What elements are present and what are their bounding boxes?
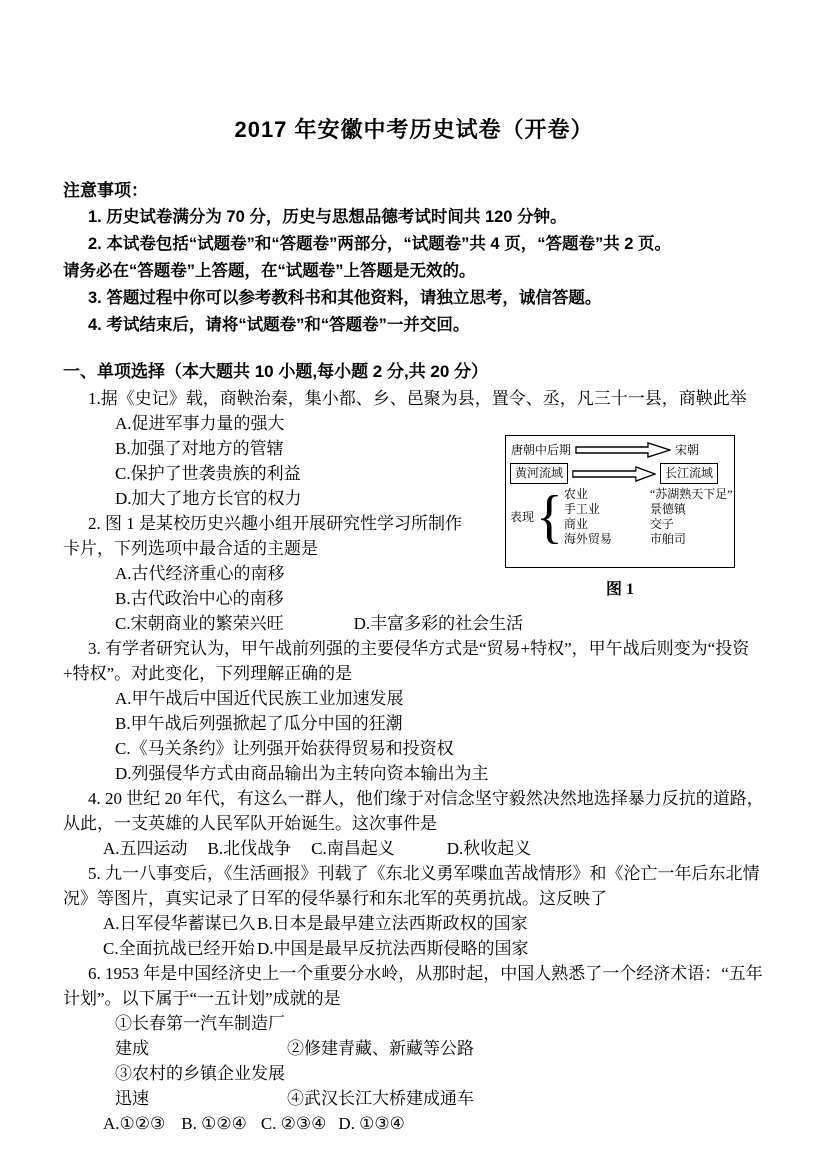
timeline-to-label: 宋朝 bbox=[675, 443, 699, 458]
region-to-box: 长江流域 bbox=[660, 463, 718, 484]
figure-aspects-row: 表现 { 农业 手工业 商业 海外贸易 “苏湖熟天下足” 景德镇 交子 市舶司 bbox=[506, 484, 734, 547]
aspect-names: 农业 手工业 商业 海外贸易 bbox=[564, 487, 642, 547]
question-3-option-c: C.《马关条约》让列强开始获得贸易和投资权 bbox=[63, 736, 765, 761]
question-6-option-c: C. ②③④ bbox=[261, 1114, 327, 1133]
page-title: 2017 年安徽中考历史试卷（开卷） bbox=[63, 115, 765, 145]
question-2-option-d: D.丰富多彩的社会生活 bbox=[354, 614, 524, 633]
question-6-item-2: ②修建青藏、新藏等公路 bbox=[287, 1039, 474, 1058]
region-from-box: 黄河流域 bbox=[510, 463, 568, 484]
aspects-label: 表现 bbox=[510, 510, 534, 525]
question-2-option-c: C.宋朝商业的繁荣兴旺 bbox=[115, 614, 284, 633]
timeline-arrow-icon bbox=[575, 442, 671, 458]
timeline-from-label: 唐朝中后期 bbox=[511, 443, 571, 458]
question-4-stem: 4. 20 世纪 20 年代，有这么一群人，他们缘于对信念坚守毅然决然地选择暴力… bbox=[63, 786, 765, 836]
aspect-values: “苏湖熟天下足” 景德镇 交子 市舶司 bbox=[650, 487, 733, 547]
figure-1: 唐朝中后期 宋朝 黄河流域 长江流域 表现 { 农业 手工业 商业 海外贸易 “… bbox=[505, 435, 735, 568]
notice-item-3: 3. 答题过程中你可以参考教科书和其他资料，请独立思考，诚信答题。 bbox=[63, 285, 765, 312]
question-6-option-a: A.①②③ bbox=[103, 1114, 165, 1133]
question-3: 3. 有学者研究认为，甲午战前列强的主要侵华方式是“贸易+特权”，甲午战后则变为… bbox=[63, 636, 765, 786]
question-2-options-cd: C.宋朝商业的繁荣兴旺D.丰富多彩的社会生活 bbox=[63, 611, 765, 636]
question-1-stem: 1.据《史记》载，商鞅治秦，集小都、乡、邑聚为县，置令、丞，凡三十一县，商鞅此举 bbox=[63, 386, 765, 411]
aspect-2-value: 景德镇 bbox=[650, 502, 733, 517]
question-1-option-a: A.促进军事力量的强大 bbox=[63, 411, 765, 436]
notice-section: 注意事项： 1. 历史试卷满分为 70 分，历史与思想品德考试时间共 120 分… bbox=[63, 177, 765, 339]
question-6-option-d: D. ①③④ bbox=[338, 1114, 405, 1133]
question-4-option-c: C.南昌起义 bbox=[311, 839, 395, 858]
region-arrow-icon bbox=[572, 466, 656, 482]
exam-content: 2017 年安徽中考历史试卷（开卷） 注意事项： 1. 历史试卷满分为 70 分… bbox=[0, 0, 827, 1136]
question-4-options: A.五四运动B.北伐战争C.南昌起义D.秋收起义 bbox=[63, 836, 765, 861]
exam-page: 2017 年安徽中考历史试卷（开卷） 注意事项： 1. 历史试卷满分为 70 分… bbox=[0, 0, 827, 1169]
figure-timeline-row: 唐朝中后期 宋朝 bbox=[506, 436, 734, 458]
question-5-options-ab: A.日军侵华蓄谋已久B.日本是最早建立法西斯政权的国家 bbox=[63, 911, 765, 936]
brace-icon: { bbox=[536, 487, 563, 548]
question-4-option-a: A.五四运动 bbox=[103, 839, 188, 858]
aspect-3-name: 商业 bbox=[564, 517, 642, 532]
question-6-options: A.①②③B. ①②④C. ②③④D. ①③④ bbox=[63, 1111, 765, 1136]
notice-item-2: 2. 本试卷包括“试题卷”和“答题卷”两部分，“试题卷”共 4 页，“答题卷”共… bbox=[63, 231, 765, 285]
question-2-stem: 2. 图 1 是某校历史兴趣小组开展研究性学习所制作 卡片，下列选项中最合适的主… bbox=[63, 511, 493, 561]
question-6-items-12: ①长春第一汽车制造厂建成②修建青藏、新藏等公路 bbox=[63, 1011, 765, 1061]
aspect-4-value: 市舶司 bbox=[650, 532, 733, 547]
question-5: 5. 九一八事变后，《生活画报》刊载了《东北义勇军喋血苦战情形》和《沦亡一年后东… bbox=[63, 861, 765, 961]
question-3-option-a: A.甲午战后中国近代民族工业加速发展 bbox=[63, 686, 765, 711]
question-6-items-34: ③农村的乡镇企业发展迅速④武汉长江大桥建成通车 bbox=[63, 1061, 765, 1111]
question-4: 4. 20 世纪 20 年代，有这么一群人，他们缘于对信念坚守毅然决然地选择暴力… bbox=[63, 786, 765, 861]
figure-1-caption: 图 1 bbox=[505, 576, 735, 599]
figure-region-row: 黄河流域 长江流域 bbox=[506, 458, 734, 484]
question-6-option-b: B. ①②④ bbox=[181, 1114, 247, 1133]
question-4-option-b: B.北伐战争 bbox=[208, 839, 292, 858]
aspect-2-name: 手工业 bbox=[564, 502, 642, 517]
question-5-option-b: B.日本是最早建立法西斯政权的国家 bbox=[257, 914, 528, 933]
question-5-option-d: D.中国是最早反抗法西斯侵略的国家 bbox=[257, 939, 529, 958]
question-5-stem: 5. 九一八事变后，《生活画报》刊载了《东北义勇军喋血苦战情形》和《沦亡一年后东… bbox=[63, 861, 765, 911]
aspect-4-name: 海外贸易 bbox=[564, 532, 642, 547]
question-3-stem: 3. 有学者研究认为，甲午战前列强的主要侵华方式是“贸易+特权”，甲午战后则变为… bbox=[63, 636, 765, 686]
question-6: 6. 1953 年是中国经济史上一个重要分水岭，从那时起，中国人熟悉了一个经济术… bbox=[63, 961, 765, 1136]
question-6-item-4: ④武汉长江大桥建成通车 bbox=[287, 1089, 474, 1108]
question-6-stem: 6. 1953 年是中国经济史上一个重要分水岭，从那时起，中国人熟悉了一个经济术… bbox=[63, 961, 765, 1011]
section-heading: 一、单项选择（本大题共 10 小题,每小题 2 分,共 20 分） bbox=[63, 358, 765, 386]
question-4-option-d: D.秋收起义 bbox=[447, 839, 532, 858]
aspect-1-name: 农业 bbox=[564, 487, 642, 502]
question-5-options-cd: C.全面抗战已经开始D.中国是最早反抗法西斯侵略的国家 bbox=[63, 936, 765, 961]
question-6-item-3: ③农村的乡镇企业发展迅速 bbox=[115, 1061, 287, 1111]
question-3-option-d: D.列强侵华方式由商品输出为主转向资本输出为主 bbox=[63, 761, 765, 786]
notice-heading: 注意事项： bbox=[63, 177, 765, 204]
question-5-option-c: C.全面抗战已经开始 bbox=[103, 936, 257, 961]
aspect-1-value: “苏湖熟天下足” bbox=[650, 487, 733, 502]
aspect-3-value: 交子 bbox=[650, 517, 733, 532]
notice-item-4: 4. 考试结束后，请将“试题卷”和“答题卷”一并交回。 bbox=[63, 312, 765, 339]
question-5-option-a: A.日军侵华蓄谋已久 bbox=[103, 911, 257, 936]
notice-item-1: 1. 历史试卷满分为 70 分，历史与思想品德考试时间共 120 分钟。 bbox=[63, 204, 765, 231]
question-6-item-1: ①长春第一汽车制造厂建成 bbox=[115, 1011, 287, 1061]
question-3-option-b: B.甲午战后列强掀起了瓜分中国的狂潮 bbox=[63, 711, 765, 736]
